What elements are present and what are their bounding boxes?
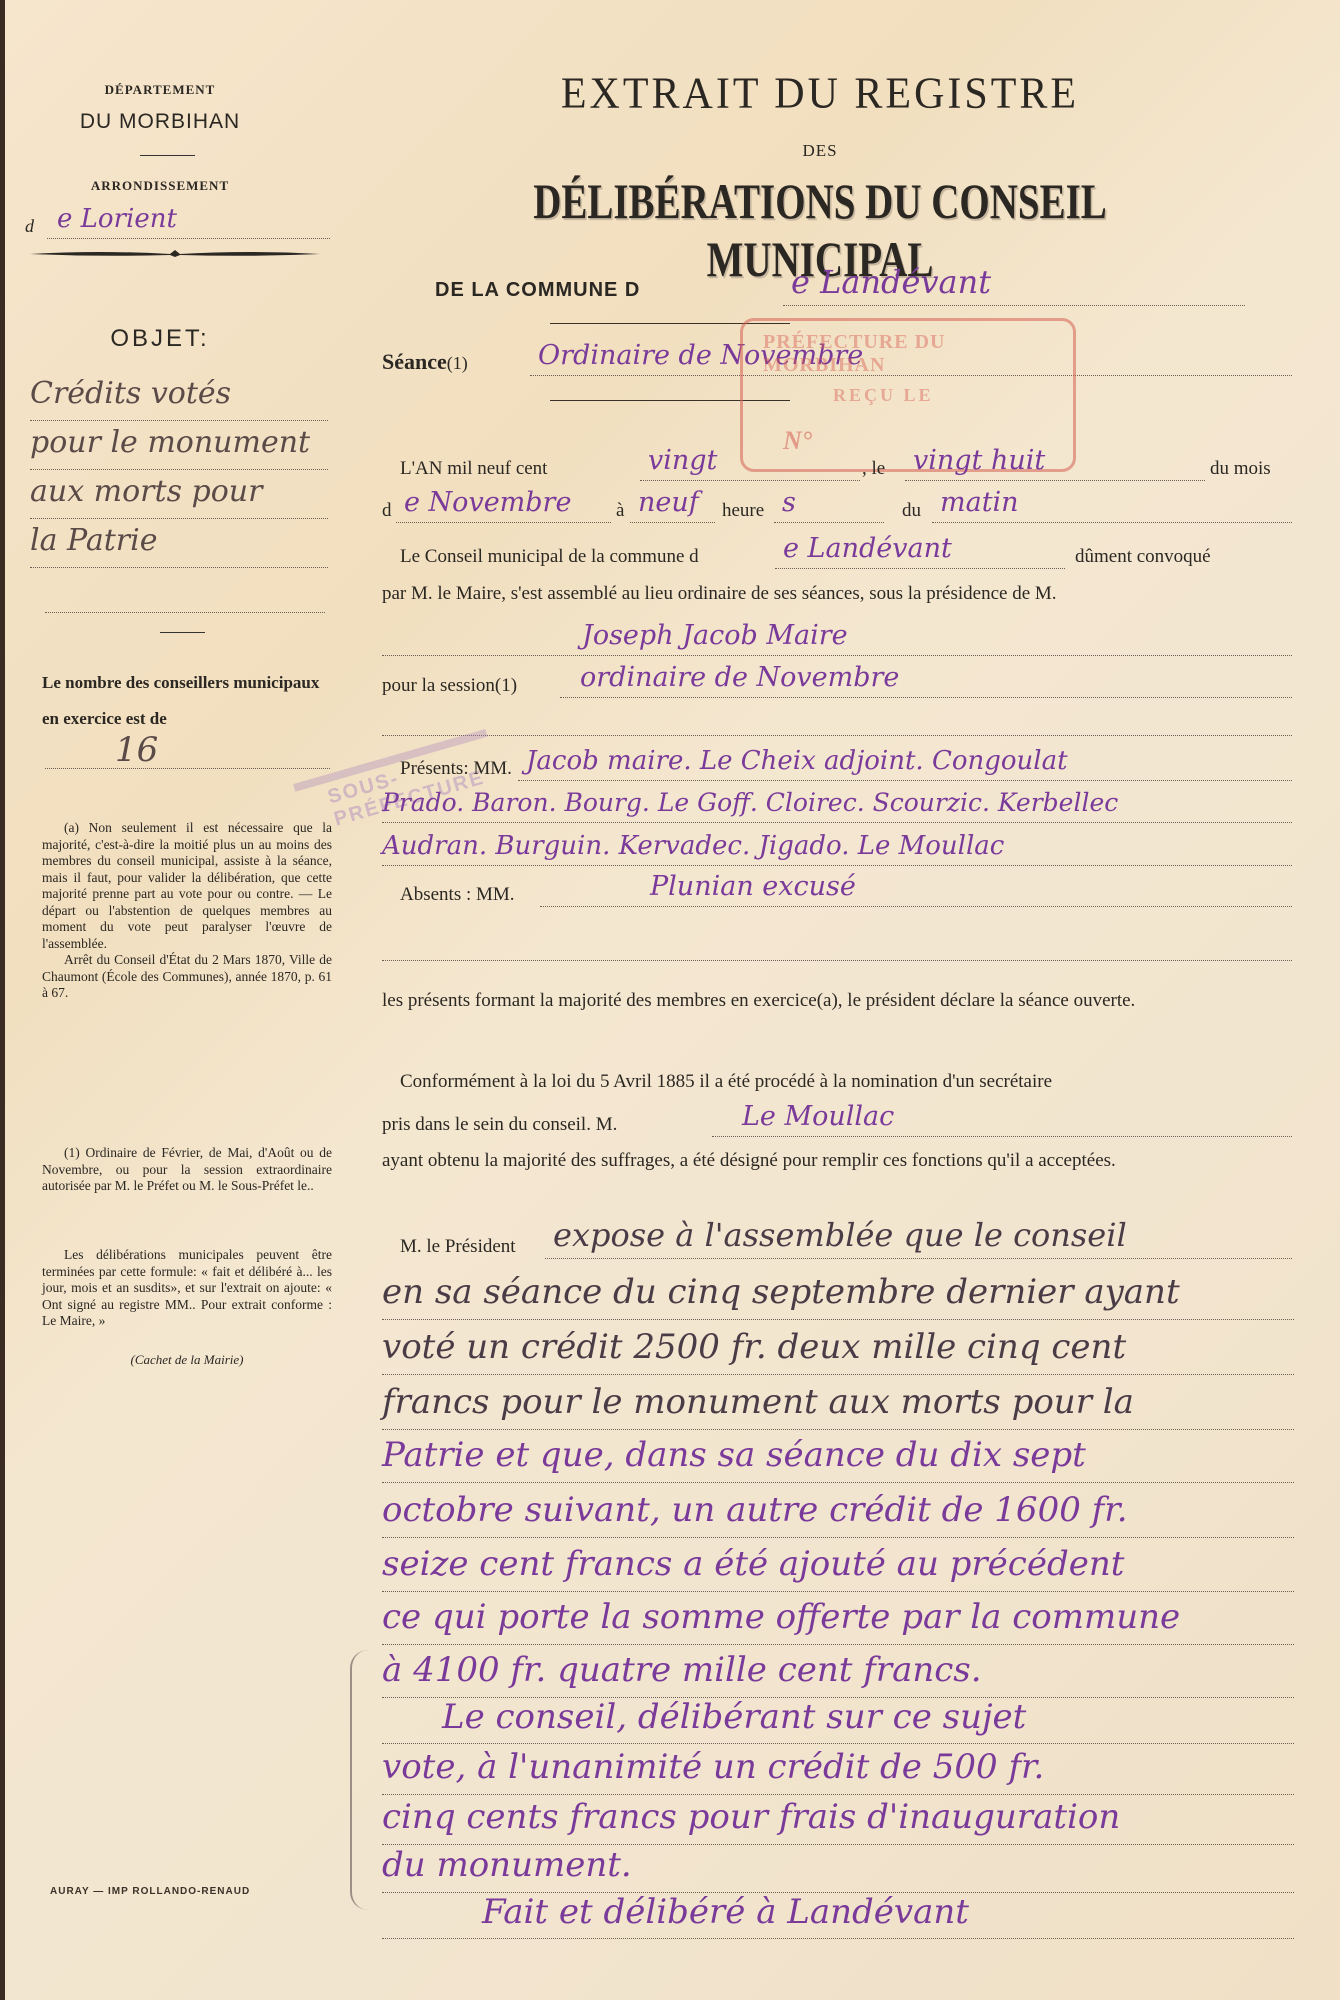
deliberation-line: seize cent francs a été ajouté au précéd… (382, 1537, 1294, 1592)
footnote-1-text: (1) Ordinaire de Février, de Mai, d'Août… (42, 1145, 332, 1195)
cachet-label: (Cachet de la Mairie) (42, 1352, 332, 1368)
deliberation-line: Patrie et que, dans sa séance du dix sep… (382, 1428, 1294, 1483)
arrondissement-value: e Lorient (47, 204, 330, 239)
footnote-arret-text: Arrêt du Conseil d'État du 2 Mars 1870, … (42, 952, 332, 1002)
president-field: Joseph Jacob Maire (382, 625, 1292, 659)
absents-value: Plunian excusé (540, 871, 1292, 907)
department-name: DU MORBIHAN (0, 110, 320, 134)
du-mois-label: du mois (1210, 458, 1271, 480)
footnote-a: (a) Non seulement il est nécessaire que … (42, 820, 332, 1002)
secretaire-label: pris dans le sein du conseil. M. (382, 1114, 617, 1136)
convocation-line-2: par M. le Maire, s'est assemblé au lieu … (382, 578, 1294, 610)
objet-text: Crédits votés pour le monument aux morts… (30, 372, 328, 568)
date-line-2: d e Novembre à neuf heure s du matin (382, 492, 1292, 526)
objet-line: Crédits votés (30, 372, 328, 421)
presents-field: Audran. Burguin. Kervadec. Jigado. Le Mo… (382, 835, 1292, 869)
objet-line: aux morts pour (30, 470, 328, 519)
convocation-line: Le Conseil municipal de la commune d e L… (400, 538, 1292, 572)
convocation-text-after: dûment convoqué (1075, 546, 1211, 568)
commune-value: e Landévant (783, 265, 1245, 306)
objet-label: OBJET: (0, 325, 320, 353)
divider (140, 155, 195, 156)
session-value: ordinaire de Novembre (560, 662, 1292, 698)
heure-suffix: s (774, 487, 884, 523)
heure-value: neuf (630, 487, 715, 523)
deliberation-line: vote, à l'unanimité un crédit de 500 fr. (382, 1740, 1294, 1795)
an-value: vingt (640, 445, 860, 481)
page-edge (0, 0, 5, 2000)
convocation-text: Le Conseil municipal de la commune d (400, 546, 699, 568)
presents-line: Jacob maire. Le Cheix adjoint. Congoulat (518, 745, 1292, 781)
president-expose-field: M. le Président expose à l'assemblée que… (400, 1222, 1292, 1262)
secretaire-value: Le Moullac (712, 1101, 1292, 1137)
footnote-formule-text: Les délibérations municipales peuvent êt… (42, 1247, 332, 1330)
footnote-formule: Les délibérations municipales peuvent êt… (42, 1247, 332, 1330)
conseillers-value: 16 (45, 735, 330, 769)
an-label: L'AN mil neuf cent (400, 458, 547, 480)
a-label: à (616, 500, 624, 522)
secretaire-outro: ayant obtenu la majorité des suffrages, … (382, 1145, 1294, 1177)
le-label: , le (862, 458, 885, 480)
ornamental-swash (30, 250, 320, 258)
date-line-1: L'AN mil neuf cent vingt , le vingt huit… (400, 450, 1292, 484)
arrondissement-field: d e Lorient (25, 205, 330, 239)
absents-label: Absents : MM. (400, 884, 515, 906)
deliberation-line: en sa séance du cinq septembre dernier a… (382, 1265, 1294, 1320)
session-field: pour la session(1) ordinaire de Novembre (382, 667, 1292, 701)
d-label: d (382, 500, 392, 522)
footnote-1: (1) Ordinaire de Février, de Mai, d'Août… (42, 1145, 332, 1195)
absents-field: Absents : MM. Plunian excusé (400, 876, 1292, 910)
conseillers-label: Le nombre des conseillers municipaux en … (42, 665, 332, 737)
deliberation-line: expose à l'assemblée que le conseil (545, 1215, 1292, 1259)
blank-line (382, 735, 1292, 736)
secretaire-intro: Conformément à la loi du 5 Avril 1885 il… (400, 1066, 1294, 1098)
deliberation-line: Le conseil, délibérant sur ce sujet (382, 1690, 1294, 1744)
seance-label-text: Séance (382, 349, 447, 374)
title-des: DES (370, 141, 1270, 161)
presents-label: Présents: MM. (400, 758, 512, 780)
deliberation-line: octobre suivant, un autre crédit de 1600… (382, 1483, 1294, 1538)
arrondissement-label: ARRONDISSEMENT (0, 178, 320, 194)
deliberation-line: cinq cents francs pour frais d'inaugurat… (382, 1790, 1294, 1845)
seance-footnote-ref: (1) (447, 353, 468, 373)
printer-imprint: AURAY — IMP ROLLANDO-RENAUD (50, 1886, 250, 1897)
margin-bracket (350, 1650, 368, 1910)
secretaire-field: pris dans le sein du conseil. M. Le Moul… (382, 1106, 1292, 1140)
du-label: du (902, 500, 921, 522)
blank-line (382, 960, 1292, 961)
commune-field: DE LA COMMUNE D e Landévant (435, 268, 1245, 306)
department-label: DÉPARTEMENT (0, 82, 320, 98)
stamp-text: PRÉFECTURE DU MORBIHAN (763, 331, 1073, 377)
footnote-a-text: (a) Non seulement il est nécessaire que … (42, 820, 332, 952)
deliberation-line: francs pour le monument aux morts pour l… (382, 1375, 1294, 1430)
deliberation-line: ce qui porte la somme offerte par la com… (382, 1590, 1294, 1645)
heure-label: heure (722, 500, 764, 522)
moment-value: matin (932, 487, 1292, 523)
objet-blank-line (45, 612, 325, 613)
presents-field: Prado. Baron. Bourg. Le Goff. Cloirec. S… (382, 792, 1292, 826)
president-value: Joseph Jacob Maire (382, 620, 1292, 656)
objet-line: la Patrie (30, 519, 328, 568)
title-extrait: EXTRAIT DU REGISTRE (370, 69, 1270, 119)
stamp-text: REÇU LE (833, 385, 934, 406)
quorum-text: les présents formant la majorité des mem… (382, 985, 1294, 1017)
seance-label: Séance(1) (382, 349, 468, 375)
convocation-commune: e Landévant (775, 533, 1065, 569)
presents-field: Présents: MM. Jacob maire. Le Cheix adjo… (400, 750, 1292, 784)
president-label: M. le Président (400, 1236, 516, 1258)
deliberation-closing: Fait et délibéré à Landévant (382, 1885, 1294, 1939)
session-label: pour la session(1) (382, 675, 517, 697)
deliberation-line: voté un crédit 2500 fr. deux mille cinq … (382, 1320, 1294, 1375)
presents-line: Audran. Burguin. Kervadec. Jigado. Le Mo… (382, 830, 1292, 866)
presents-line: Prado. Baron. Bourg. Le Goff. Cloirec. S… (382, 787, 1292, 823)
mois-value: e Novembre (396, 487, 611, 523)
arrondissement-prefix: d (25, 216, 34, 237)
divider (160, 632, 205, 633)
jour-value: vingt huit (905, 445, 1205, 481)
commune-label: DE LA COMMUNE D (435, 279, 640, 302)
objet-line: pour le monument (30, 421, 328, 470)
